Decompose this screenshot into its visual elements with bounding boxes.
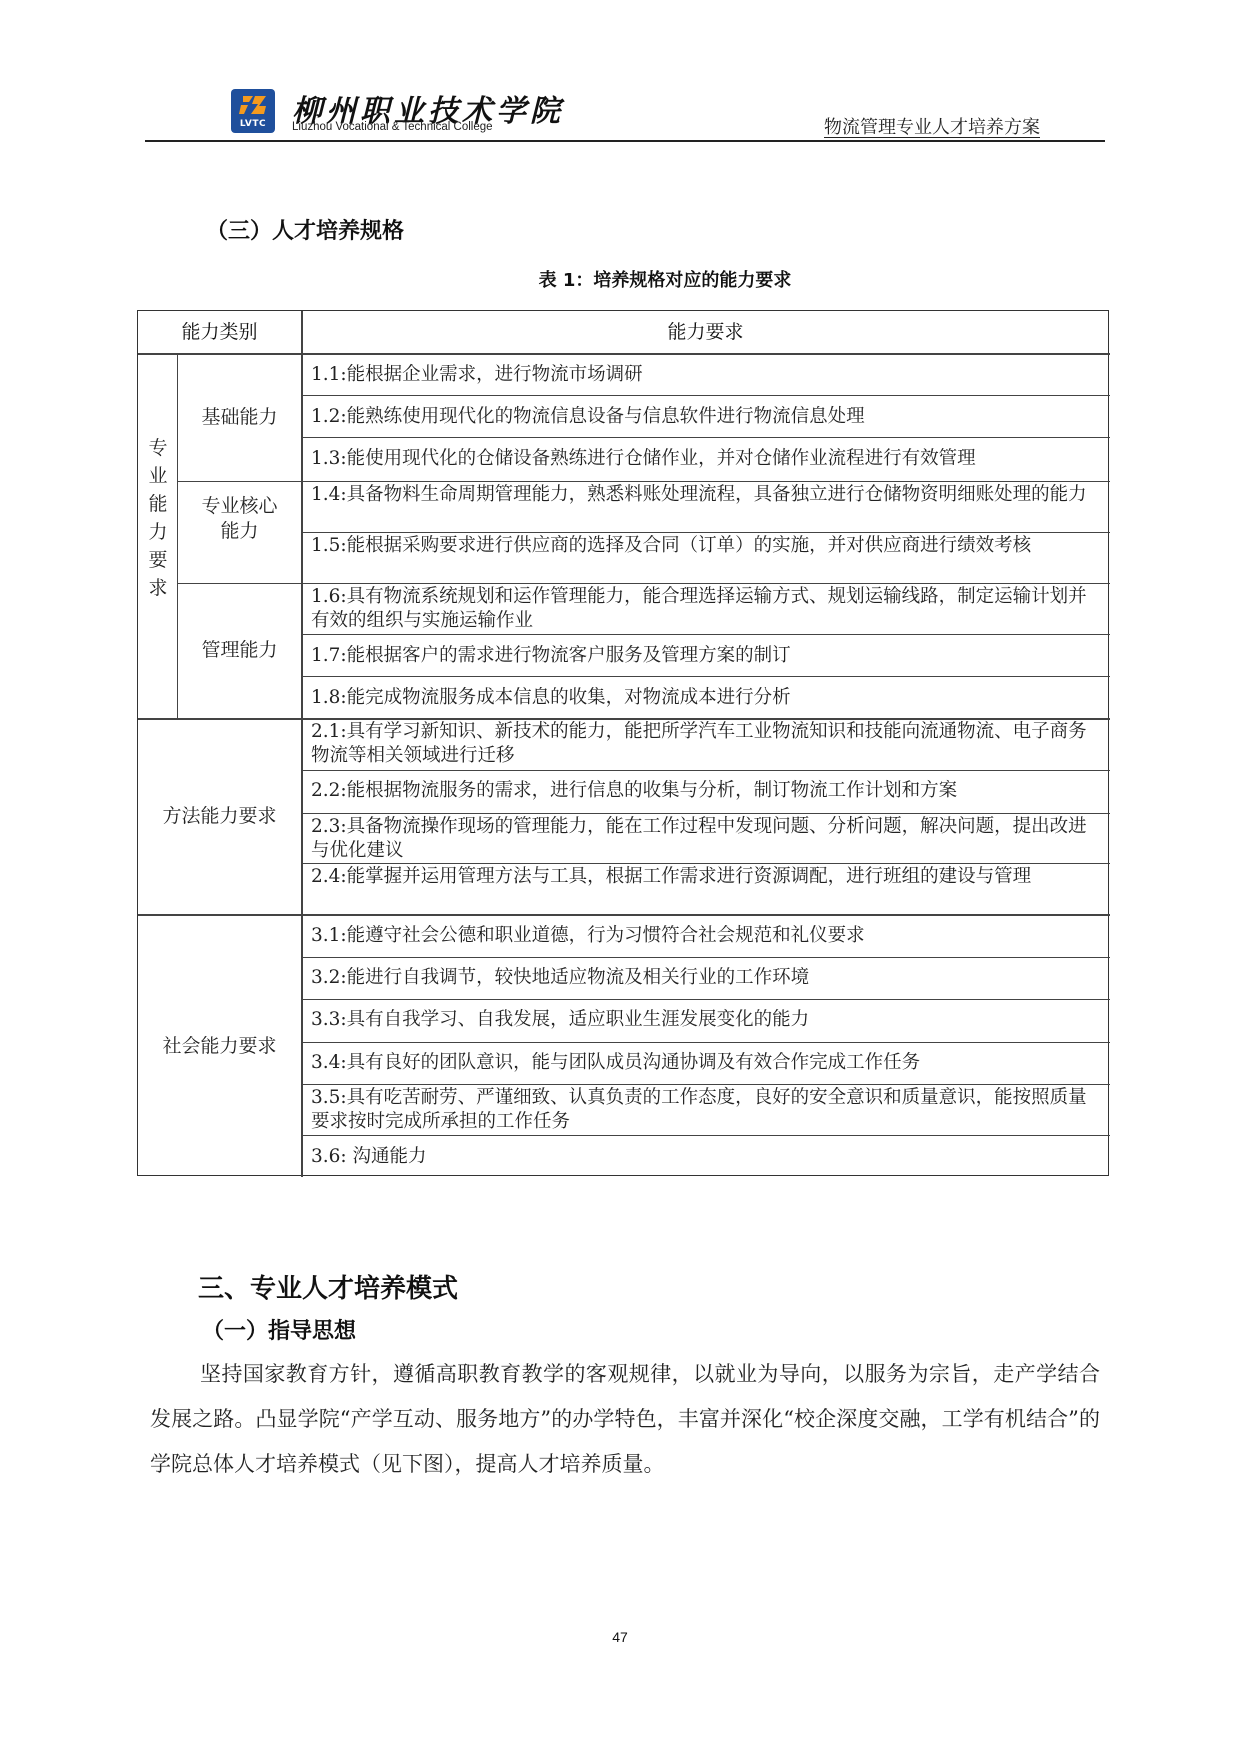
row-divider [301,395,1110,396]
row-divider [301,999,1110,1000]
subcategory-core-line2: 能力 [178,519,301,544]
page-number: 47 [600,1629,640,1645]
subcategory-management: 管理能力 [178,638,301,663]
row-divider [301,1042,1110,1043]
row-divider [301,813,1110,814]
col-divider [301,311,303,1177]
header-category: 能力类别 [138,320,301,344]
requirement-2-4: 2.4:能掌握并运用管理方法与工具，根据工作需求进行资源调配，进行班组的建设与管… [311,865,1096,889]
requirement-1-6: 1.6:具有物流系统规划和运作管理能力，能合理选择运输方式、规划运输线路，制定运… [311,585,1096,633]
vertical-char: 力 [146,518,170,546]
college-logo: LVTC [231,89,275,133]
ability-requirements-table: 能力类别 能力要求 专 业 能 力 要 求 基础能力 专业核心 能力 管理能力 … [137,310,1109,1176]
requirement-1-4: 1.4:具备物料生命周期管理能力，熟悉料账处理流程，具备独立进行仓储物资明细账处… [311,483,1096,507]
requirement-3-5: 3.5:具有吃苦耐劳、严谨细致、认真负责的工作态度，良好的安全意识和质量意识，能… [311,1086,1096,1134]
chapter-heading: 三、专业人才培养模式 [198,1268,458,1305]
requirement-3-3: 3.3:具有自我学习、自我发展，适应职业生涯发展变化的能力 [311,1008,1096,1032]
subcategory-core-line1: 专业核心 [178,494,301,519]
category-method: 方法能力要求 [138,804,301,829]
row-divider [301,863,1110,864]
group-divider [138,914,1110,916]
row-divider [177,583,1110,584]
requirement-1-7: 1.7:能根据客户的需求进行物流客户服务及管理方案的制订 [311,644,1096,668]
school-name-en: Liuzhou Vocational & Technical College [292,121,493,133]
vertical-char: 能 [146,490,170,518]
requirement-3-1: 3.1:能遵守社会公德和职业道德，行为习惯符合社会规范和礼仪要求 [311,924,1096,948]
table-caption: 表 1：培养规格对应的能力要求 [0,266,1240,292]
row-divider [301,1135,1110,1136]
section-heading: （三）人才培养规格 [206,214,404,245]
requirement-1-2: 1.2:能熟练使用现代化的物流信息设备与信息软件进行物流信息处理 [311,405,1096,429]
row-divider [301,1084,1110,1085]
subcategory-core: 专业核心 能力 [178,494,301,544]
logo-text: LVTC [231,119,275,129]
row-divider [138,353,1110,355]
vertical-char: 求 [146,574,170,602]
header-divider [145,140,1105,142]
subsection-heading: （一）指导思想 [202,1314,356,1345]
requirement-2-2: 2.2:能根据物流服务的需求，进行信息的收集与分析，制订物流工作计划和方案 [311,779,1096,803]
requirement-1-1: 1.1:能根据企业需求，进行物流市场调研 [311,363,1096,387]
document-title: 物流管理专业人才培养方案 [824,113,1040,139]
requirement-3-4: 3.4:具有良好的团队意识，能与团队成员沟通协调及有效合作完成工作任务 [311,1051,1096,1075]
row-divider [301,634,1110,635]
category-social: 社会能力要求 [138,1034,301,1059]
requirement-1-3: 1.3:能使用现代化的仓储设备熟练进行仓储作业，并对仓储作业流程进行有效管理 [311,447,1096,471]
requirement-3-6: 3.6: 沟通能力 [311,1145,1096,1169]
requirement-1-8: 1.8:能完成物流服务成本信息的收集，对物流成本进行分析 [311,686,1096,710]
guiding-paragraph: 坚持国家教育方针，遵循高职教育教学的客观规律，以就业为导向，以服务为宗旨，走产学… [150,1352,1100,1487]
requirement-1-5: 1.5:能根据采购要求进行供应商的选择及合同（订单）的实施，并对供应商进行绩效考… [311,534,1096,558]
vertical-char: 要 [146,546,170,574]
requirement-2-1: 2.1:具有学习新知识、新技术的能力，能把所学汽车工业物流知识和技能向流通物流、… [311,720,1096,768]
row-divider [301,676,1110,677]
row-divider [301,957,1110,958]
vertical-char: 业 [146,462,170,490]
requirement-2-3: 2.3:具备物流操作现场的管理能力，能在工作过程中发现问题、分析问题，解决问题，… [311,815,1096,863]
header-requirement: 能力要求 [301,320,1110,344]
row-divider [177,481,1110,482]
vertical-char: 专 [146,434,170,462]
category-professional: 专 业 能 力 要 求 [146,434,170,602]
row-divider [301,532,1110,533]
requirement-3-2: 3.2:能进行自我调节，较快地适应物流及相关行业的工作环境 [311,966,1096,990]
lvtc-logo-icon [239,94,267,116]
row-divider [301,437,1110,438]
subcategory-basic: 基础能力 [178,405,301,430]
row-divider [301,770,1110,771]
